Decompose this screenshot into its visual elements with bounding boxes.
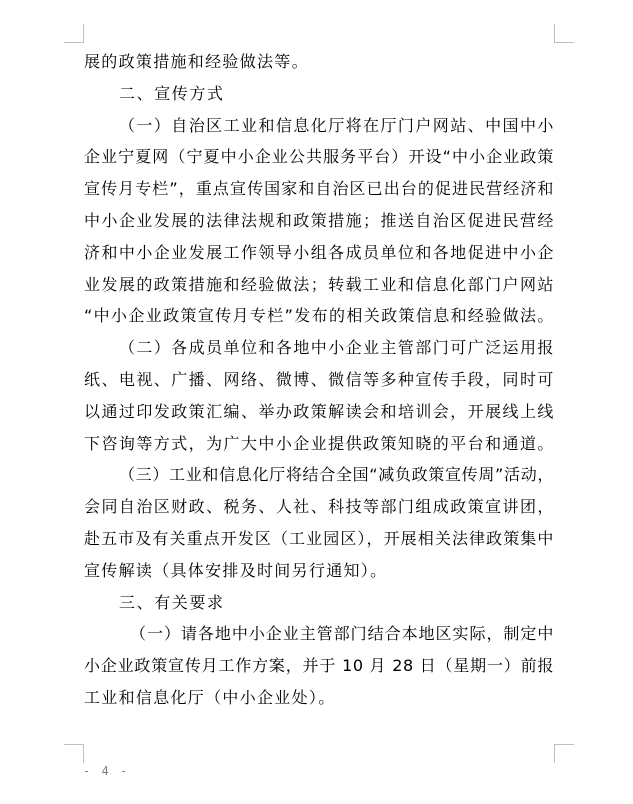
body-line: 展的政策措施和经验做法等。 xyxy=(84,46,554,78)
page-number: - 4 - xyxy=(83,764,129,778)
body-line: 小企业政策宣传月工作方案，并于 10 月 28 日（星期一）前报 xyxy=(84,650,554,682)
body-line: “中小企业政策宣传月专栏”发布的相关政策信息和经验做法。 xyxy=(84,300,554,332)
body-line: 宣传月专栏”，重点宣传国家和自治区已出台的促进民营经济和 xyxy=(84,173,554,205)
body-line: 工业和信息化厅（中小企业处）。 xyxy=(84,682,554,714)
paragraph-4-first-line: （一）请各地中小企业主管部门结合本地区实际，制定中 xyxy=(84,618,554,650)
body-line: 济和中小企业发展工作领导小组各成员单位和各地促进中小企 xyxy=(84,237,554,269)
top-right-margin-mark xyxy=(554,24,574,43)
body-line: 下咨询等方式，为广大中小企业提供政策知晓的平台和通道。 xyxy=(84,428,554,460)
body-line: 赴五市及有关重点开发区（工业园区），开展相关法律政策集中 xyxy=(84,523,554,555)
paragraph-3-first-line: （三）工业和信息化厅将结合全国“减负政策宣传周”活动， xyxy=(84,459,554,491)
top-left-margin-mark xyxy=(64,24,84,43)
body-line: 以通过印发政策汇编、举办政策解读会和培训会，开展线上线 xyxy=(84,396,554,428)
paragraph-2-first-line: （二）各成员单位和各地中小企业主管部门可广泛运用报 xyxy=(84,332,554,364)
body-line: 中小企业发展的法律法规和政策措施；推送自治区促进民营经 xyxy=(84,205,554,237)
body-line: 会同自治区财政、税务、人社、科技等部门组成政策宣讲团， xyxy=(84,491,554,523)
bottom-right-margin-mark xyxy=(554,744,574,763)
document-page: 展的政策措施和经验做法等。 二、宣传方式 （一）自治区工业和信息化厅将在厅门户网… xyxy=(0,0,633,804)
body-line: 业发展的政策措施和经验做法；转载工业和信息化部门户网站 xyxy=(84,269,554,301)
body-line: 宣传解读（具体安排及时间另行通知）。 xyxy=(84,555,554,587)
bottom-left-margin-mark xyxy=(64,744,84,763)
paragraph-1-first-line: （一）自治区工业和信息化厅将在厅门户网站、中国中小 xyxy=(84,110,554,142)
body-line: 企业宁夏网（宁夏中小企业公共服务平台）开设“中小企业政策 xyxy=(84,141,554,173)
section-heading-requirements: 三、有关要求 xyxy=(84,587,554,619)
section-heading-publicity-methods: 二、宣传方式 xyxy=(84,78,554,110)
body-line: 纸、电视、广播、网络、微博、微信等多种宣传手段，同时可 xyxy=(84,364,554,396)
